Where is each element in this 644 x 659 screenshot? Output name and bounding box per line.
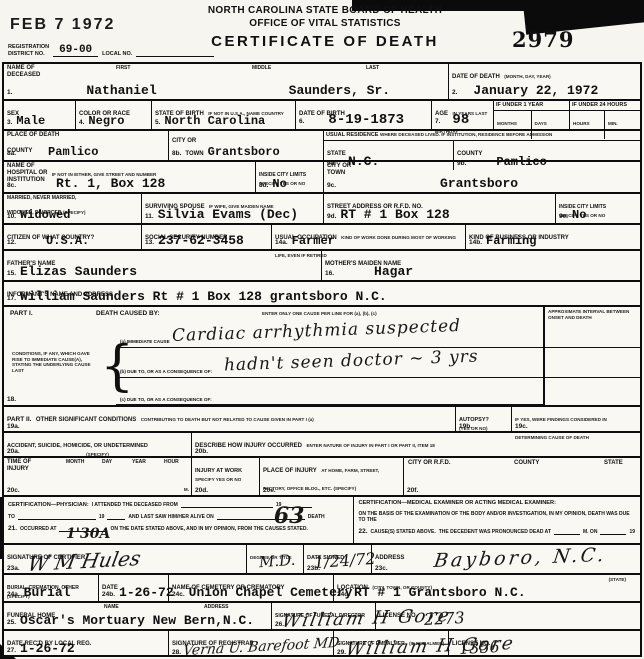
field-autopsy: AUTOPSY? (YES OR NO) 19b. — [456, 407, 512, 431]
field-place-of-injury: PLACE OF INJURY AT HOME, FARM, STREET, F… — [260, 458, 404, 495]
hour-label: HOUR — [164, 459, 179, 465]
day-label: DAY — [102, 459, 112, 465]
pod-city-value: Grantsboro — [208, 145, 280, 159]
injury-location-number: 20f. — [407, 487, 418, 494]
row-certification: CERTIFICATION—PHYSICIAN: I ATTENDED THE … — [4, 495, 640, 543]
pod-county-value: Pamlico — [48, 145, 98, 159]
field-occupation: USUAL OCCUPATION KIND OF WORK DONE DURIN… — [272, 225, 466, 249]
field-certifier-signature: SIGNATURE OF CERTIFIER 23a. W M Hules — [4, 545, 247, 573]
first-sublabel: FIRST — [116, 65, 130, 71]
cemetery-value: Union Chapel Cemetery — [189, 585, 353, 600]
handwritten-cause-a: Cardiac arrhythmia suspected — [172, 318, 462, 345]
field-registrar-signature: SIGNATURE OF REGISTRAR 28. Verna U. Bare… — [169, 631, 334, 657]
occupation-value: Farmer — [292, 234, 335, 248]
interval-label: APPROXIMATE INTERVAL BETWEEN ONSET AND D… — [548, 308, 637, 320]
field-time-of-injury: TIME OF INJURY MONTH DAY YEAR HOUR 20c. … — [4, 458, 192, 495]
cemetery-number: 24c. — [172, 591, 185, 598]
describe-injury-number: 20b. — [195, 448, 208, 455]
location-state-hint: (STATE) — [609, 577, 626, 583]
hospital-label1: NAME OF — [7, 163, 47, 170]
field-pod-city: CITY OR 8b.TOWNGrantsboro — [169, 131, 324, 160]
field-father: FATHER'S NAME 15.Elizas Saunders — [4, 251, 322, 280]
examiner-year: 19 — [629, 529, 635, 535]
examiner-m-on: M. ON — [583, 529, 597, 535]
row-name: NAME OF DECEASED FIRST MIDDLE LAST 1. Na… — [4, 64, 640, 99]
months-label: MONTHS — [497, 121, 517, 126]
field-age: AGE IN YEARS LAST BIRTHDAY 7.98 — [432, 101, 494, 129]
field-hospital: NAME OF HOSPITAL OR INSTITUTION IF NOT I… — [4, 162, 256, 192]
month-label: MONTH — [66, 459, 84, 465]
handwritten-cause-a2: hadn't seen doctor ~ 3 yrs — [224, 349, 479, 375]
street-number: 9d. — [327, 213, 336, 220]
date-received-value: 1-26-72 — [20, 641, 75, 656]
office-name: OFFICE OF VITAL STATISTICS — [160, 18, 490, 31]
injury-county-label: COUNTY — [514, 460, 539, 467]
usual-residence-hint: WHERE DECEASED LIVED. IF INSTITUTION, RE… — [380, 132, 552, 137]
interval-column: APPROXIMATE INTERVAL BETWEEN ONSET AND D… — [544, 307, 640, 405]
dob-value: 8-19-1873 — [328, 112, 404, 128]
days-label: DAYS — [535, 121, 547, 126]
street-value: RT # 1 Box 128 — [340, 207, 449, 222]
last-sublabel: LAST — [366, 65, 379, 71]
cause-instruction: ENTER ONLY ONE CAUSE PER LINE FOR (a), (… — [262, 311, 377, 317]
hospital-number: 8c. — [7, 182, 16, 189]
burial-date-number: 24b. — [102, 591, 115, 598]
field-citizen: CITIZEN OF WHAT COUNTRY? 12.U.S.A. — [4, 225, 142, 249]
ssn-value: 237-62-3458 — [158, 233, 244, 248]
state-of-birth-value: North Carolina — [164, 114, 265, 128]
citizen-number: 12. — [7, 239, 16, 246]
physician-cert-number: 21. — [8, 525, 17, 532]
injury-at-work-hint: SPECIFY YES OR NO — [195, 477, 256, 483]
part1-cause-block: PART I. DEATH CAUSED BY: ENTER ONLY ONE … — [4, 307, 544, 405]
physician-cert-text3: AND LAST SAW HIM/HER ALIVE ON — [128, 514, 213, 520]
place-of-injury-label: PLACE OF INJURY — [263, 468, 317, 474]
date-signed-handwriting: 1/24/72 — [314, 551, 377, 571]
physician-year2: 19 — [99, 514, 105, 520]
under-24-hours-label: IF UNDER 24 HOURS — [570, 101, 640, 111]
certificate-form: NAME OF DECEASED FIRST MIDDLE LAST 1. Na… — [2, 62, 642, 657]
row-hospital: NAME OF HOSPITAL OR INSTITUTION IF NOT I… — [4, 160, 640, 192]
field-street-address: STREET ADDRESS OR R.F.D. No. 9d.RT # 1 B… — [324, 194, 556, 223]
certification-examiner-block: CERTIFICATION—MEDICAL EXAMINER OR ACTING… — [354, 497, 641, 543]
residence-inside-city-number: 9e. — [559, 213, 568, 220]
embalmer-license-value: 1356 — [459, 639, 501, 657]
physician-occurred-at: OCCURRED AT — [20, 526, 56, 532]
location-number: 24d. — [337, 591, 350, 598]
group-under-24-hours: IF UNDER 24 HOURS HOURS MIN. — [570, 101, 640, 129]
death-caused-by-label: DEATH CAUSED BY: — [96, 310, 160, 317]
interval-line-b — [545, 377, 640, 378]
name-label: NAME OF DECEASED — [7, 65, 445, 79]
row-burial: BURIAL, CREMATION, OTHER (SPECIFY) 24a.B… — [4, 573, 640, 601]
field-ssn: SOCIAL SECURITY NUMBER 13.237-62-3458 — [142, 225, 272, 249]
immediate-cause-label: (a) IMMEDIATE CAUSE — [120, 339, 170, 344]
industry-value: Farming — [486, 234, 536, 248]
field-state-of-birth: STATE OF BIRTH IF NOT IN U.S.A., NAME CO… — [152, 101, 296, 129]
meridiem-label: M. — [184, 487, 189, 493]
field-degree-title: DEGREE OR TITLE M.D. — [247, 545, 304, 573]
dob-item-number: 6. — [299, 118, 304, 125]
under-1-year-label: IF UNDER 1 YEAR — [494, 101, 569, 111]
field-date-of-birth: DATE OF BIRTH 6.8-19-1873 — [296, 101, 432, 129]
field-informant: INFORMANT'S NAME AND ADDRESS 17.William … — [4, 282, 640, 305]
marital-value: Widowed — [20, 208, 70, 222]
race-value: Negro — [88, 114, 124, 128]
certificate-number: 2979 — [512, 27, 574, 52]
physician-cert-to: TO — [8, 514, 15, 520]
field-funeral-home: FUNERAL HOME NAME ADDRESS 25.Oscar's Mor… — [4, 603, 272, 629]
cause-line-b — [116, 377, 543, 378]
row-certifier-signature: SIGNATURE OF CERTIFIER 23a. W M Hules DE… — [4, 543, 640, 573]
field-funeral-director-signature: SIGNATURE OF FUNERAL DIRECTOR 26. Willia… — [272, 603, 376, 629]
part2-number: 19a. — [7, 423, 20, 430]
cause-line-a — [116, 347, 543, 348]
residence-city-number: 9c. — [327, 182, 336, 189]
field-part2-conditions: PART II. OTHER SIGNIFICANT CONDITIONS CO… — [4, 407, 456, 431]
part1-label: PART I. — [10, 310, 33, 317]
residence-inside-city-value: No — [572, 208, 586, 222]
examiner-cert-title: CERTIFICATION—MEDICAL EXAMINER OR ACTING… — [359, 500, 636, 506]
director-license-label: LICENSE NO. — [379, 613, 417, 619]
examiner-cert-text3: THE DECEDENT WAS PRONOUNCED DEAD AT — [439, 529, 551, 535]
examiner-cert-text2: CAUSE(S) STATED ABOVE. — [371, 529, 436, 535]
registrar-handwriting: Verna U. Barefoot MD — [182, 636, 340, 658]
row-part2: PART II. OTHER SIGNIFICANT CONDITIONS CO… — [4, 405, 640, 431]
registration-line: REGISTRATION DISTRICT NO. 69-00 LOCAL NO… — [8, 44, 214, 57]
first-name-value: Nathaniel — [86, 83, 156, 98]
name-label-line1: NAME OF — [7, 65, 445, 72]
place-of-death-label: PLACE OF DEATH — [7, 132, 165, 139]
describe-injury-hint: ENTER NATURE OF INJURY IN PART I OR PART… — [306, 443, 434, 448]
certifier-signature-number: 23a. — [7, 565, 20, 572]
mother-value: Hagar — [374, 264, 413, 279]
field-certifier-address: ADDRESS 23c. Bayboro, N.C. — [372, 545, 640, 573]
row-registrar: DATE REC'D BY LOCAL REG. 27.1-26-72 SIGN… — [4, 629, 640, 657]
local-no-blank — [136, 48, 214, 57]
occupation-number: 14a. — [275, 239, 288, 246]
burial-date-value: 1-26-72 — [119, 585, 174, 600]
board-name: NORTH CAROLINA STATE BOARD OF HEALTH — [160, 5, 490, 18]
examiner-cert-number: 22. — [359, 528, 368, 535]
row-citizen: CITIZEN OF WHAT COUNTRY? 12.U.S.A. SOCIA… — [4, 223, 640, 249]
row-injury-details: TIME OF INJURY MONTH DAY YEAR HOUR 20c. … — [4, 456, 640, 495]
time-of-injury-number: 20c. — [7, 487, 20, 494]
pod-city-number: 8b. — [172, 150, 181, 157]
blank-pronounced-time — [554, 527, 580, 535]
row-demographics: SEX 3.Male COLOR OR RACE 4.Negro STATE O… — [4, 99, 640, 129]
row-marital: MARRIED, NEVER MARRIED, WIDOWED, DIVORCE… — [4, 192, 640, 223]
residence-city-label1: CITY OR — [327, 163, 637, 170]
burial-number: 24a. — [7, 591, 20, 598]
field-race: COLOR OR RACE 4.Negro — [76, 101, 152, 129]
field-burial-date: DATE 24b.1-26-72 — [99, 575, 169, 601]
row-parents: FATHER'S NAME 15.Elizas Saunders MOTHER'… — [4, 249, 640, 280]
funeral-name-hint: NAME — [104, 604, 119, 610]
dod-label: DATE OF DEATH — [452, 74, 500, 80]
spouse-number: 11. — [145, 213, 154, 220]
dod-value: January 22, 1972 — [473, 83, 598, 98]
due-to-c-label: (c) DUE TO, OR AS A CONSEQUENCE OF: — [120, 397, 212, 402]
death-word-label: DEATH — [308, 514, 325, 520]
residence-city-value: Grantsboro — [440, 176, 518, 191]
part2-label: PART II. — [7, 416, 31, 423]
group-usual-residence: USUAL RESIDENCE WHERE DECEASED LIVED. IF… — [324, 131, 640, 160]
field-industry: KIND OF BUSINESS OR INDUSTRY 14b.Farming — [466, 225, 640, 249]
field-surviving-spouse: SURVIVING SPOUSE IF WIFE, GIVE MAIDEN NA… — [142, 194, 324, 223]
father-number: 15. — [7, 270, 16, 277]
injury-at-work-label: INJURY AT WORK — [195, 468, 242, 474]
citizen-value: U.S.A. — [46, 234, 89, 248]
usual-residence-header: USUAL RESIDENCE WHERE DECEASED LIVED. IF… — [324, 131, 640, 141]
min-label: MIN. — [608, 121, 618, 126]
name-item-number: 1. — [7, 89, 12, 96]
blank-year2 — [107, 512, 125, 520]
examiner-cert-text1: ON THE BASIS OF THE EXAMINATION OF THE B… — [359, 511, 636, 523]
field-embalmer-license: LICENSE NO. 1356 — [449, 631, 640, 657]
age-value: 98 — [452, 112, 469, 128]
death-certificate-scan: FEB 7 1972 NORTH CAROLINA STATE BOARD OF… — [0, 0, 644, 659]
registration-district-label: REGISTRATION DISTRICT NO. — [8, 44, 49, 57]
due-to-b-label: (b) DUE TO, OR AS A CONSEQUENCE OF: — [120, 369, 212, 374]
blank-to-date — [18, 512, 96, 520]
part2-hint: CONTRIBUTING TO DEATH BUT NOT RELATED TO… — [141, 417, 314, 422]
place-of-injury-number: 20e. — [263, 487, 276, 494]
physician-cert-title: CERTIFICATION—PHYSICIAN: — [8, 502, 89, 508]
father-value: Elizas Saunders — [20, 264, 137, 279]
blank-pronounced-date — [600, 527, 626, 535]
accident-number: 20a. — [7, 448, 20, 455]
age-item-number: 7. — [435, 118, 440, 125]
accident-label: ACCIDENT, SUICIDE, HOMICIDE, OR UNDETERM… — [7, 443, 148, 449]
informant-value: William Saunders Rt # 1 Box 128 grantsbo… — [20, 289, 387, 304]
field-pod-inside-city: INSIDE CITY LIMITS SPECIFY YES OR NO 8d.… — [256, 162, 324, 192]
field-date-of-death: DATE OF DEATH (MONTH, DAY, YEAR) 2. Janu… — [449, 64, 640, 99]
year-label: YEAR — [132, 459, 146, 465]
director-license-value: 2273 — [424, 610, 466, 628]
dod-hint: (MONTH, DAY, YEAR) — [504, 74, 550, 79]
group-under-1-year: IF UNDER 1 YEAR MONTHS DAYS — [494, 101, 570, 129]
field-residence-inside-city: INSIDE CITY LIMITS SPECIFY YES OR NO 9e.… — [556, 194, 640, 223]
address-handwriting: Bayboro, N.C. — [433, 546, 608, 571]
row-part1-cause: PART I. DEATH CAUSED BY: ENTER ONLY ONE … — [4, 305, 640, 405]
certifier-signature-handwriting: W M Hules — [26, 548, 142, 574]
autopsy-number: 19b. — [459, 423, 472, 430]
last-name-value: Saunders, Sr. — [289, 83, 390, 98]
findings-number: 19c. — [515, 423, 528, 430]
hours-label: HOURS — [573, 121, 590, 126]
pod-inside-city-number: 8d. — [259, 182, 268, 189]
part1-item-number: 18. — [7, 396, 16, 403]
field-accident-type: ACCIDENT, SUICIDE, HOMICIDE, OR UNDETERM… — [4, 433, 192, 456]
field-mother: MOTHER'S MAIDEN NAME 16.Hagar — [322, 251, 640, 280]
local-no-label: LOCAL NO. — [102, 51, 132, 58]
injury-city-label: CITY OR R.F.D. — [408, 460, 451, 467]
race-item-number: 4. — [79, 119, 84, 126]
name-values: 1. Nathaniel Saunders, Sr. — [7, 83, 390, 98]
part2-title: OTHER SIGNIFICANT CONDITIONS — [36, 417, 136, 423]
field-sex: SEX 3.Male — [4, 101, 76, 129]
field-injury-location: CITY OR R.F.D. COUNTY STATE 20f. — [404, 458, 640, 495]
registration-district-value: 69-00 — [53, 44, 98, 57]
date-received-number: 27. — [7, 647, 16, 654]
field-date-received: DATE REC'D BY LOCAL REG. 27.1-26-72 — [4, 631, 169, 657]
certification-physician-block: CERTIFICATION—PHYSICIAN: I ATTENDED THE … — [4, 497, 354, 543]
address-number: 23c. — [375, 565, 388, 572]
registration-label-line2: DISTRICT NO. — [8, 51, 49, 58]
industry-number: 14b. — [469, 239, 482, 246]
injury-state-label: STATE — [604, 460, 623, 467]
time-of-injury-label2: INJURY — [7, 466, 188, 473]
field-director-license: LICENSE NO. 2273 — [376, 603, 640, 629]
dod-item-number: 2. — [452, 89, 457, 96]
field-residence-city: CITY OR TOWN 9c.Grantsboro — [324, 162, 640, 192]
funeral-home-value: Oscar's Mortuary New Bern,N.C. — [20, 613, 254, 628]
funeral-address-hint: ADDRESS — [204, 604, 228, 610]
field-describe-injury: DESCRIBE HOW INJURY OCCURRED ENTER NATUR… — [192, 433, 640, 456]
usual-residence-label: USUAL RESIDENCE — [326, 132, 378, 138]
burial-value: Burial — [24, 585, 71, 600]
registrar-number: 28. — [172, 649, 181, 656]
conditions-label: CONDITIONS, IF ANY, WHICH GAVE RISE TO I… — [12, 351, 98, 374]
sex-item-number: 3. — [7, 119, 12, 126]
marital-label1: MARRIED, NEVER MARRIED, — [7, 195, 138, 201]
marital-number: 10. — [7, 213, 16, 220]
degree-handwriting: M.D. — [259, 553, 296, 571]
row-accident: ACCIDENT, SUICIDE, HOMICIDE, OR UNDETERM… — [4, 431, 640, 456]
describe-injury-label: DESCRIBE HOW INJURY OCCURRED — [195, 443, 302, 449]
field-date-signed: DATE SIGNED 23b. 1/24/72 — [304, 545, 372, 573]
physician-cert-text1: I ATTENDED THE DECEASED FROM — [92, 502, 178, 508]
informant-number: 17. — [7, 295, 16, 302]
spouse-value: Silvia Evams (Dec) — [158, 207, 298, 222]
field-pod-county: PLACE OF DEATH COUNTY 8a.Pamlico — [4, 131, 169, 160]
field-cemetery-location: LOCATION (CITY, TOWN, OR COUNTY) (STATE)… — [334, 575, 640, 601]
field-embalmer-signature: SIGNATURE OF EMBALMER (IF EMBALMED) 29. … — [334, 631, 449, 657]
mother-number: 16. — [325, 270, 334, 277]
field-marital-status: MARRIED, NEVER MARRIED, WIDOWED, DIVORCE… — [4, 194, 142, 223]
handwritten-time: 1'30A — [66, 527, 110, 541]
name-label-line2: DECEASED — [7, 72, 445, 79]
state-of-birth-number: 5. — [155, 119, 160, 126]
pod-inside-city-value: No — [272, 177, 286, 191]
funeral-home-number: 25. — [7, 619, 16, 626]
location-value: RT # 1 Grantsboro N.C. — [354, 585, 526, 600]
pod-county-number: 8a. — [7, 150, 16, 157]
field-name-of-deceased: NAME OF DECEASED FIRST MIDDLE LAST 1. Na… — [4, 64, 449, 99]
field-burial-type: BURIAL, CREMATION, OTHER (SPECIFY) 24a.B… — [4, 575, 99, 601]
received-date-stamp: FEB 7 1972 — [10, 16, 115, 34]
blank-from-date — [181, 500, 273, 508]
interval-line-a — [545, 347, 640, 348]
row-informant: INFORMANT'S NAME AND ADDRESS 17.William … — [4, 280, 640, 305]
hospital-value: Rt. 1, Box 128 — [56, 176, 165, 191]
address-label: ADDRESS — [375, 555, 404, 561]
time-of-injury-label1: TIME OF — [7, 459, 188, 466]
row-funeral-home: FUNERAL HOME NAME ADDRESS 25.Oscar's Mor… — [4, 601, 640, 629]
row-place-residence: PLACE OF DEATH COUNTY 8a.Pamlico CITY OR… — [4, 129, 640, 160]
field-autopsy-findings: IF YES, WERE FINDINGS CONSIDERED IN DETE… — [512, 407, 640, 431]
handwritten-63: 63 — [274, 505, 305, 527]
middle-sublabel: MIDDLE — [252, 65, 271, 71]
field-injury-at-work: INJURY AT WORK SPECIFY YES OR NO 20d. — [192, 458, 260, 495]
ssn-number: 13. — [145, 239, 154, 246]
sex-value: Male — [16, 114, 45, 128]
registration-label-line1: REGISTRATION — [8, 44, 49, 51]
pod-city-label2: TOWN — [185, 151, 203, 158]
field-cemetery: NAME OF CEMETERY OR CREMATORY 24c.Union … — [169, 575, 334, 601]
injury-at-work-number: 20d. — [195, 487, 208, 494]
